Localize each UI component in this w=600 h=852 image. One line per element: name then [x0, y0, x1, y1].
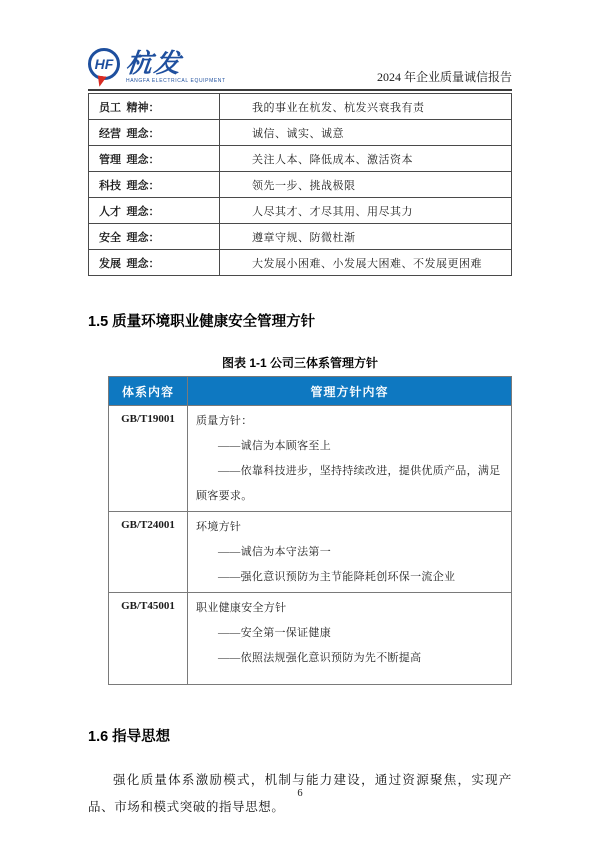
policy-line: ——安全第一保证健康	[196, 621, 503, 646]
company-logo: HF 杭发 HANGFA ELECTRICAL EQUIPMENT	[88, 48, 226, 86]
policy-line: ——依靠科技进步，坚持持续改进，提供优质产品，满足顾客要求。	[196, 459, 503, 509]
value-label: 经营 理念：	[89, 120, 220, 146]
policy-line: ——诚信为本守法第一	[196, 540, 503, 565]
value-label: 科技 理念：	[89, 172, 220, 198]
table-row: 员工 精神： 我的事业在杭发、杭发兴衰我有责	[89, 94, 512, 120]
table-row: 人才 理念： 人尽其才、才尽其用、用尽其力	[89, 198, 512, 224]
table-row: GB/T45001 职业健康安全方针 ——安全第一保证健康 ——依照法规强化意识…	[109, 593, 512, 685]
logo-subtext: HANGFA ELECTRICAL EQUIPMENT	[126, 78, 226, 84]
system-code: GB/T45001	[109, 593, 188, 685]
company-values-table: 员工 精神： 我的事业在杭发、杭发兴衰我有责 经营 理念： 诚信、诚实、诚意 管…	[88, 93, 512, 276]
value-text: 遵章守规、防微杜渐	[220, 224, 512, 250]
policy-content: 职业健康安全方针 ——安全第一保证健康 ——依照法规强化意识预防为先不断提高	[188, 593, 512, 685]
policy-line: ——诚信为本顾客至上	[196, 434, 503, 459]
column-header-system: 体系内容	[109, 377, 188, 406]
policy-content: 质量方针： ——诚信为本顾客至上 ——依靠科技进步，坚持持续改进，提供优质产品，…	[188, 406, 512, 512]
value-label: 管理 理念：	[89, 146, 220, 172]
document-page: HF 杭发 HANGFA ELECTRICAL EQUIPMENT 2024 年…	[0, 0, 600, 852]
value-label: 员工 精神：	[89, 94, 220, 120]
table-row: 科技 理念： 领先一步、挑战极限	[89, 172, 512, 198]
page-number: 6	[0, 788, 600, 799]
section-heading-1-5: 1.5 质量环境职业健康安全管理方针	[88, 312, 512, 332]
value-text: 大发展小困难、小发展大困难、不发展更困难	[220, 250, 512, 276]
table-row: 经营 理念： 诚信、诚实、诚意	[89, 120, 512, 146]
value-text: 人尽其才、才尽其用、用尽其力	[220, 198, 512, 224]
logo-brand-text: 杭发	[125, 50, 228, 78]
report-header-title: 2024 年企业质量诚信报告	[377, 68, 512, 86]
table-row: GB/T19001 质量方针： ——诚信为本顾客至上 ——依靠科技进步，坚持持续…	[109, 406, 512, 512]
value-label: 发展 理念：	[89, 250, 220, 276]
policy-line: ——依照法规强化意识预防为先不断提高	[196, 646, 503, 671]
table-row: GB/T24001 环境方针 ——诚信为本守法第一 ——强化意识预防为主节能降耗…	[109, 512, 512, 593]
hf-monogram: HF	[88, 48, 120, 80]
policy-line: ——强化意识预防为主节能降耗创环保一流企业	[196, 565, 503, 590]
policy-line: 职业健康安全方针	[196, 596, 503, 621]
policy-content: 环境方针 ——诚信为本守法第一 ——强化意识预防为主节能降耗创环保一流企业	[188, 512, 512, 593]
policy-table: 体系内容 管理方针内容 GB/T19001 质量方针： ——诚信为本顾客至上 —…	[108, 376, 512, 685]
hf-emblem-icon: HF	[88, 48, 120, 86]
policy-table-header-row: 体系内容 管理方针内容	[109, 377, 512, 406]
value-text: 我的事业在杭发、杭发兴衰我有责	[220, 94, 512, 120]
table-row: 安全 理念： 遵章守规、防微杜渐	[89, 224, 512, 250]
logo-text-block: 杭发 HANGFA ELECTRICAL EQUIPMENT	[126, 50, 226, 84]
value-text: 领先一步、挑战极限	[220, 172, 512, 198]
policy-table-caption: 图表 1-1 公司三体系管理方针	[88, 354, 512, 371]
policy-line: 环境方针	[196, 515, 503, 540]
table-row: 发展 理念： 大发展小困难、小发展大困难、不发展更困难	[89, 250, 512, 276]
system-code: GB/T19001	[109, 406, 188, 512]
table-row: 管理 理念： 关注人本、降低成本、激活资本	[89, 146, 512, 172]
page-header: HF 杭发 HANGFA ELECTRICAL EQUIPMENT 2024 年…	[88, 42, 512, 91]
value-label: 安全 理念：	[89, 224, 220, 250]
policy-line: 质量方针：	[196, 409, 503, 434]
system-code: GB/T24001	[109, 512, 188, 593]
value-label: 人才 理念：	[89, 198, 220, 224]
section-heading-1-6: 1.6 指导思想	[88, 727, 512, 747]
value-text: 关注人本、降低成本、激活资本	[220, 146, 512, 172]
column-header-policy: 管理方针内容	[188, 377, 512, 406]
value-text: 诚信、诚实、诚意	[220, 120, 512, 146]
